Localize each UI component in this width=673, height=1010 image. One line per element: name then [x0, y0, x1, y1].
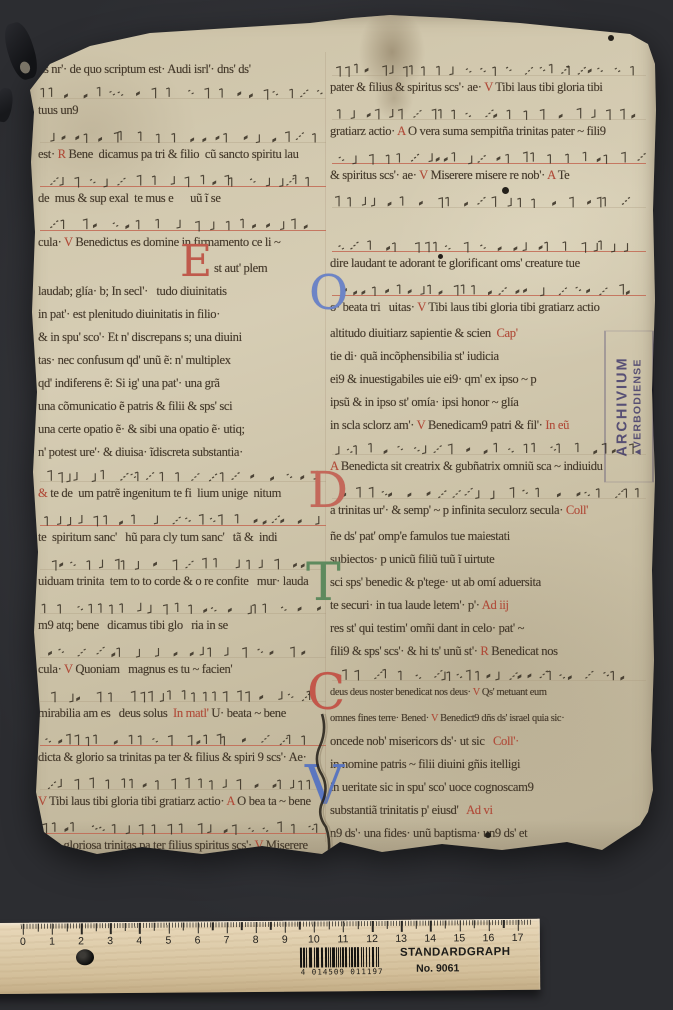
chant-line: [330, 195, 650, 236]
text-line: ds nr'· de quo scriptum est· Audi isrl'·…: [38, 60, 330, 83]
text-segment: pat' omñiũ q' sup oms' & p omía· & ĩ omí…: [330, 849, 534, 860]
manuscript-text: pater & filius & spiritus scs'· ae· V Ti…: [330, 78, 650, 97]
text-segment: in pat'· est plenitudo diuinitatis in fi…: [38, 307, 220, 321]
text-segment: cula·: [38, 235, 64, 249]
rubric-segment: V: [64, 662, 75, 676]
chant-line: dicta & glorio sa trinitas pa ter & fili…: [38, 733, 330, 774]
chant-line: dire laudant te adorant te glorificant o…: [330, 239, 650, 280]
chant-line: m9 atq; bene dicamus tibi glo ria in se: [38, 601, 330, 642]
ruler-cm-tick: [488, 920, 489, 931]
neume-notation: [38, 218, 330, 233]
manuscript-text: o· beata tri uitas· V Tibi laus tibi glo…: [330, 298, 650, 317]
ruler-number: 1: [42, 935, 62, 947]
rubric-segment: In matl': [173, 706, 209, 720]
neume-notation: [330, 283, 650, 298]
manuscript-text: pat' omñiũ q' sup oms' & p omía· & ĩ omí…: [330, 847, 650, 860]
ruler-number: 12: [362, 933, 382, 945]
text-segment: m9 atq; bene dicamus tibi glo ria in se: [38, 618, 228, 632]
ruler-half-tick: [241, 922, 242, 930]
neume-notation: [330, 63, 650, 78]
manuscript-text: mirabilia am es deus solus In matl' U· b…: [38, 704, 330, 723]
text-line: substantiã trinitatis p' eiusd' Ad vi: [330, 801, 650, 824]
neume-notation: [330, 239, 650, 254]
ruler-half-tick: [357, 921, 358, 929]
barcode-bar: [378, 947, 379, 967]
barcode-bar: [345, 947, 347, 967]
text-segment: tie di· quã incõphensibilia st' iudicia: [330, 349, 499, 363]
barcode-bar: [342, 947, 344, 967]
rubric-segment: V: [431, 713, 440, 724]
drop-cap-initial-E: E: [180, 244, 212, 280]
text-segment: fili9 & sps' scs'· & hi ts' unũ st'·: [330, 644, 480, 658]
manuscript-text: m9 atq; bene dicamus tibi glo ria in se: [38, 616, 330, 635]
neume-notation: [38, 777, 330, 792]
ruler-cm-tick: [517, 920, 518, 931]
text-segment: substantiã trinitatis p' eiusd': [330, 803, 466, 817]
text-line: sci sps' benedic & p'tege· ut ab omí adu…: [330, 573, 650, 596]
manuscript-text: tie di· quã incõphensibilia st' iudicia: [330, 347, 650, 366]
barcode-bar: [363, 947, 364, 967]
manuscript-text: ei9 & inuestigabiles uie ei9· qm' ex ips…: [330, 370, 650, 389]
text-segment: deus deus noster benedicat nos deus·: [330, 687, 473, 698]
chant-line: est· R Bene dicamus pa tri & filio cũ sa…: [38, 130, 330, 171]
text-line: ei9 & inuestigabiles uie ei9· qm' ex ips…: [330, 370, 650, 393]
manuscript-text: A Benedicta sit creatrix & gubñatrix omn…: [330, 457, 650, 476]
rubric-segment: A: [397, 124, 408, 138]
text-line: qd' indiferens ẽ: Si ig' una pat'· una g…: [38, 374, 330, 397]
text-segment: Benedicat nos: [491, 644, 557, 658]
text-line: n' potest ure'· & diuisa· ĩdiscreta subs…: [38, 443, 330, 466]
neume-notation: [38, 733, 330, 748]
manuscript-text: n' potest ure'· & diuisa· ĩdiscreta subs…: [38, 443, 330, 462]
barcode-bar: [330, 947, 331, 967]
text-segment: te spiritum sanc' hũ para cly tum sanc' …: [38, 530, 277, 544]
barcode-bar: [357, 947, 359, 967]
manuscript-text: tas· nec confusum qd' unũ ẽ: n' multiple…: [38, 351, 330, 370]
neume-notation: [330, 486, 650, 501]
ruler-half-tick: [503, 920, 504, 928]
text-segment: res st' qui testim' omñi dant in celo· p…: [330, 621, 524, 635]
text-segment: tuus un9: [38, 103, 78, 117]
manuscript-text: substantiã trinitatis p' eiusd' Ad vi: [330, 801, 650, 820]
text-segment: te securi· in tua laude letem'· p'·: [330, 598, 482, 612]
text-segment: ipsũ & in ipso st' omía· ipsi honor ~ gl…: [330, 395, 519, 409]
rubric-segment: Ad iij: [482, 598, 509, 612]
text-segment: uiduam trinita tem to to corde & o re co…: [38, 574, 308, 588]
neume-notation: [38, 557, 330, 572]
ruler-cm-tick: [52, 924, 53, 935]
text-line: oncede nob' misericors ds'· ut sic Coll'…: [330, 732, 650, 755]
ruler-cm-tick: [285, 922, 286, 933]
text-segment: Tibi laus tibi gloria tibi: [495, 80, 602, 94]
neume-notation: [330, 668, 650, 683]
chant-line: gratiarz actio· A O vera suma sempitña t…: [330, 107, 650, 148]
rubric-segment: V: [38, 794, 49, 808]
manuscript-text: dicta & glorio sa trinitas pa ter & fili…: [38, 748, 330, 767]
neume-notation: [38, 513, 330, 528]
ruler-half-tick: [66, 923, 67, 931]
neume-notation: [38, 645, 330, 660]
text-column-right: pater & filius & spiritus scs'· ae· V Ti…: [330, 60, 650, 860]
ruler-brand: STANDARDGRAPH: [400, 946, 530, 959]
manuscript-text: a trinitas ur'· & semp' ~ p infinita sec…: [330, 501, 650, 520]
text-segment: cula·: [38, 662, 64, 676]
manuscript-text: una cõmunicatio ẽ patris & filii & sps' …: [38, 397, 330, 416]
barcode-bar: [321, 947, 323, 967]
parchment-tear: [288, 712, 348, 857]
ruler-number: 16: [478, 932, 498, 944]
ruler-number: 9: [275, 934, 295, 946]
text-segment: in nomine patris ~ filii diuini gñis ite…: [330, 757, 520, 771]
text-segment: Qs' metuant eum: [482, 687, 547, 698]
text-segment: dicta gloriosa trinitas pa ter filius sp…: [38, 838, 254, 852]
text-segment: Benedictus es domine in firmamento ce li…: [75, 235, 280, 249]
worm-hole: [608, 35, 614, 41]
rubric-segment: V: [484, 80, 495, 94]
text-column-left: ds nr'· de quo scriptum est· Audi isrl'·…: [38, 60, 330, 860]
text-segment: pater & filius & spiritus scs'· ae·: [330, 80, 484, 94]
text-line: res st' qui testim' omñi dant in celo· p…: [330, 619, 650, 642]
manuscript-text: in nomine patris ~ filii diuini gñis ite…: [330, 755, 650, 774]
manuscript-text: & te de um patrẽ ingenitum te fi lium un…: [38, 484, 330, 503]
text-segment: qd' indiferens ẽ: Si ig' una pat'· una g…: [38, 376, 220, 390]
text-segment: oncede nob' misericors ds'· ut sic: [330, 734, 493, 748]
text-segment: U· beata ~ bene: [209, 706, 286, 720]
text-segment: Benedict9 dñs ds' israel quia sic·: [440, 713, 564, 724]
ruler-half-tick: [95, 923, 96, 931]
manuscript-text: sci sps' benedic & p'tege· ut ab omí adu…: [330, 573, 650, 592]
manuscript-text: gratiarz actio· A O vera suma sempitña t…: [330, 122, 650, 141]
text-segment: in scla sclorz am'·: [330, 418, 417, 432]
neume-notation: [330, 107, 650, 122]
rubric-segment: A: [547, 168, 558, 182]
manuscript-text: cula· V Quoniam magnus es tu ~ facien': [38, 660, 330, 679]
manuscript-text: una certe opatio ẽ· & sibi una opatio ẽ·…: [38, 420, 330, 439]
chant-line: de mus & sup exal te mus e uũ ĩ se: [38, 174, 330, 215]
manuscript-text: V Tibi laus tibi gloria tibi gratiarz ac…: [38, 792, 330, 811]
rubric-segment: V: [254, 838, 265, 852]
manuscript-text: deus deus noster benedicat nos deus· V Q…: [330, 683, 650, 702]
text-line: & in spu' sco'· Et n' discrepans s; una …: [38, 328, 330, 351]
ruler-half-tick: [154, 923, 155, 931]
manuscript-text: & in spu' sco'· Et n' discrepans s; una …: [38, 328, 330, 347]
rubric-segment: In eũ: [545, 418, 569, 432]
text-segment: n9 ds'· una fides· unũ baptisma· un9 ds'…: [330, 826, 527, 840]
manuscript-text: oncede nob' misericors ds'· ut sic Coll'…: [330, 732, 650, 751]
barcode-bar: [316, 947, 319, 967]
neume-notation: [38, 174, 330, 189]
text-segment: Tibi laus tibi gloria tibi gratiarz acti…: [428, 300, 599, 314]
neume-notation: [330, 195, 650, 210]
rubric-segment: &: [38, 486, 50, 500]
manuscript-page: ds nr'· de quo scriptum est· Audi isrl'·…: [22, 12, 662, 890]
drop-cap-initial-D: D: [308, 470, 348, 511]
text-line: fili9 & sps' scs'· & hi ts' unũ st'· R B…: [330, 642, 650, 665]
manuscript-text: omnes fines terre· Bened· V Benedict9 dñ…: [330, 709, 650, 728]
manuscript-text: dicta gloriosa trinitas pa ter filius sp…: [38, 836, 330, 855]
rubric-segment: Cap': [494, 326, 518, 340]
text-segment: Benedicam9 patri & fil'·: [428, 418, 545, 432]
drop-cap-initial-C: C: [307, 672, 345, 713]
text-segment: sci sps' benedic & p'tege· ut ab omí adu…: [330, 575, 541, 589]
barcode-bar: [361, 947, 362, 967]
text-segment: a trinitas ur'· & semp' ~ p infinita sec…: [330, 503, 566, 517]
manuscript-text: tuus un9: [38, 101, 330, 120]
neume-notation: [38, 130, 330, 145]
text-line: tie di· quã incõphensibilia st' iudicia: [330, 347, 650, 370]
text-line: in scla sclorz am'· V Benedicam9 patri &…: [330, 416, 650, 439]
text-segment: Tibi laus tibi gloria tibi gratiarz acti…: [49, 794, 226, 808]
text-segment: Te: [558, 168, 570, 182]
barcode-bar: [354, 947, 356, 967]
manuscript-text: uiduam trinita tem to to corde & o re co…: [38, 572, 330, 591]
barcode-bar: [372, 947, 374, 967]
ruler-cm-tick: [139, 923, 140, 934]
text-segment: mirabilia am es deus solus: [38, 706, 173, 720]
ruler-number: 2: [71, 935, 91, 947]
drop-cap-initial-O: O: [309, 274, 348, 313]
rubric-segment: Coll'·: [493, 734, 519, 748]
text-line: in pat'· est plenitudo diuinitatis in fi…: [38, 305, 330, 328]
ruler-cm-tick: [459, 920, 460, 931]
manuscript-text: dire laudant te adorant te glorificant o…: [330, 254, 650, 273]
manuscript-text: ds nr'· de quo scriptum est· Audi isrl'·…: [38, 60, 330, 79]
text-segment: dire laudant te adorant te glorificant o…: [330, 256, 580, 270]
manuscript-text: altitudo diuitiarz sapientie & scien Cap…: [330, 324, 650, 343]
text-line: subiectos· p unicũ filiũ tuũ ĩ uirtute: [330, 550, 650, 573]
barcode-bar: [336, 947, 337, 967]
ruler-cm-tick: [343, 921, 344, 932]
chant-line: A Benedicta sit creatrix & gubñatrix omn…: [330, 442, 650, 483]
text-segment: Benedicta sit creatrix & gubñatrix omniũ…: [341, 459, 603, 473]
text-line: ñe ds' pat' omp'e famulos tue maiestati: [330, 527, 650, 550]
ruler-number: 14: [420, 933, 440, 945]
manuscript-text: in pat'· est plenitudo diuinitatis in fi…: [38, 305, 330, 324]
neume-notation: [38, 469, 330, 484]
chant-line: o· beata tri uitas· V Tibi laus tibi glo…: [330, 283, 650, 324]
text-segment: altitudo diuitiarz sapientie & scien: [330, 326, 494, 340]
neume-notation: [38, 601, 330, 616]
barcode-bar: [332, 947, 335, 967]
ruler-half-tick: [37, 924, 38, 932]
barcode-bar: [349, 947, 350, 967]
text-segment: subiectos· p unicũ filiũ tuũ ĩ uirtute: [330, 552, 494, 566]
ruler-half-tick: [212, 922, 213, 930]
chant-line: te spiritum sanc' hũ para cly tum sanc' …: [38, 513, 330, 554]
ruler-model: No. 9061: [416, 962, 516, 975]
barcode-bar: [340, 947, 341, 967]
text-segment: dicta & glorio sa trinitas pa ter & fili…: [38, 750, 306, 764]
barcode-digits: 4 014509 011197: [296, 967, 388, 977]
ink-spot: [438, 254, 443, 259]
ruler-cm-tick: [372, 921, 373, 932]
text-segment: te de um patrẽ ingenitum te fi lium unig…: [50, 486, 281, 500]
barcode-bar: [306, 948, 307, 968]
text-segment: Bene dicamus pa tri & filio cũ sancto sp…: [68, 147, 298, 161]
ink-spot: [485, 832, 491, 838]
text-segment: de mus & sup exal te mus e uũ ĩ se: [38, 191, 221, 205]
text-segment: una certe opatio ẽ· & sibi una opatio ẽ·…: [38, 422, 245, 436]
ruler-half-tick: [125, 923, 126, 931]
ruler-half-tick: [445, 920, 446, 928]
barcode-bar: [300, 948, 302, 968]
chant-line: mirabilia am es deus solus In matl' U· b…: [38, 689, 330, 730]
barcode-bar: [325, 947, 327, 967]
ruler-cm-tick: [110, 923, 111, 934]
text-segment: & spiritus scs'· ae·: [330, 168, 419, 182]
ruler-number: 0: [13, 936, 33, 948]
chant-line: deus deus noster benedicat nos deus· V Q…: [330, 668, 650, 709]
barcode-bar: [369, 947, 370, 967]
ruler-half-tick: [386, 921, 387, 929]
chant-line: & te de um patrẽ ingenitum te fi lium un…: [38, 469, 330, 510]
barcode-bar: [328, 947, 329, 967]
text-segment: ei9 & inuestigabiles uie ei9· qm' ex ips…: [330, 372, 536, 386]
text-segment: & in spu' sco'· Et n' discrepans s; una …: [38, 330, 242, 344]
manuscript-text: res st' qui testim' omñi dant in celo· p…: [330, 619, 650, 638]
text-segment: una cõmunicatio ẽ patris & filii & sps' …: [38, 399, 232, 413]
chant-line: pater & filius & spiritus scs'· ae· V Ti…: [330, 63, 650, 104]
rubric-segment: R: [480, 644, 491, 658]
chant-line: cula· V Quoniam magnus es tu ~ facien': [38, 645, 330, 686]
ruler-number: 15: [449, 932, 469, 944]
rubric-segment: V: [417, 418, 428, 432]
archive-stamp: ARCHIVIUM ▴VERBODIENSE: [605, 331, 654, 483]
neume-notation: [38, 86, 330, 101]
ruler-cm-tick: [401, 921, 402, 932]
ruler: 4 014509 011197 STANDARDGRAPH No. 9061 0…: [0, 919, 540, 995]
text-line: pat' omñiũ q' sup oms' & p omía· & ĩ omí…: [330, 847, 650, 860]
ruler-cm-tick: [197, 922, 198, 933]
rubric-segment: V: [419, 168, 430, 182]
text-segment: st aut' plem: [214, 261, 267, 275]
ruler-number: 4: [129, 935, 149, 947]
chant-line: tuus un9: [38, 86, 330, 127]
manuscript-text: ipsũ & in ipso st' omía· ipsi honor ~ gl…: [330, 393, 650, 412]
text-segment: ds nr'· de quo scriptum est· Audi isrl'·…: [38, 62, 251, 76]
chant-line: V Tibi laus tibi gloria tibi gratiarz ac…: [38, 777, 330, 818]
barcode-bar: [303, 948, 305, 968]
text-segment: est·: [38, 147, 58, 161]
text-segment: tas· nec confusum qd' unũ ẽ: n' multiple…: [38, 353, 231, 367]
rubric-segment: V: [473, 687, 482, 698]
ruler-cm-tick: [226, 922, 227, 933]
ruler-cm-tick: [256, 922, 257, 933]
ruler-cm-tick: [81, 923, 82, 934]
ruler-barcode: 4 014509 011197: [296, 947, 388, 978]
ruler-cm-tick: [23, 924, 24, 935]
barcode-bar: [338, 947, 339, 967]
text-segment: Miserere misere re nob'·: [430, 168, 547, 182]
ruler-number: 6: [187, 934, 207, 946]
manuscript-text: subiectos· p unicũ filiũ tuũ ĩ uirtute: [330, 550, 650, 569]
ruler-number: 17: [508, 932, 528, 944]
chant-line: uiduam trinita tem to to corde & o re co…: [38, 557, 330, 598]
barcode-bars: [300, 947, 384, 968]
text-line: tas· nec confusum qd' unũ ẽ: n' multiple…: [38, 351, 330, 374]
archive-stamp-line1: ARCHIVIUM: [615, 356, 631, 456]
ruler-half-tick: [416, 921, 417, 929]
chant-line: & spiritus scs'· ae· V Miserere misere r…: [330, 151, 650, 192]
manuscript-text: qd' indiferens ẽ: Si ig' una pat'· una g…: [38, 374, 330, 393]
rubric-segment: V: [64, 235, 75, 249]
text-line: in ueritate sic in spu' sco' uoce cognos…: [330, 778, 650, 801]
text-segment: in ueritate sic in spu' sco' uoce cognos…: [330, 780, 534, 794]
rubric-segment: A: [226, 794, 237, 808]
chant-line: dicta gloriosa trinitas pa ter filius sp…: [38, 821, 330, 860]
text-line: altitudo diuitiarz sapientie & scien Cap…: [330, 324, 650, 347]
parchment-wrapper: ds nr'· de quo scriptum est· Audi isrl'·…: [0, 0, 673, 1010]
rubric-segment: Ad vi: [466, 803, 493, 817]
ink-spot: [502, 187, 509, 194]
barcode-bar: [309, 948, 312, 968]
ruler-half-tick: [270, 922, 271, 930]
manuscript-text: in ueritate sic in spu' sco' uoce cognos…: [330, 778, 650, 797]
ruler-half-tick: [299, 922, 300, 930]
photo-canvas: ds nr'· de quo scriptum est· Audi isrl'·…: [0, 0, 673, 1010]
manuscript-text: de mus & sup exal te mus e uũ ĩ se: [38, 189, 330, 208]
ruler-cm-tick: [168, 923, 169, 934]
rubric-segment: V: [417, 300, 428, 314]
ruler-number: 13: [391, 933, 411, 945]
neume-notation: [38, 821, 330, 836]
text-line: ipsũ & in ipso st' omía· ipsi honor ~ gl…: [330, 393, 650, 416]
ruler-number: 10: [304, 933, 324, 945]
manuscript-text: te securi· in tua laude letem'· p'· Ad i…: [330, 596, 650, 615]
manuscript-text: te spiritum sanc' hũ para cly tum sanc' …: [38, 528, 330, 547]
ruler-half-tick: [328, 921, 329, 929]
barcode-bar: [366, 947, 367, 967]
barcode-bar: [314, 948, 315, 968]
ruler-number: 3: [100, 935, 120, 947]
neume-notation: [38, 689, 330, 704]
text-line: una cõmunicatio ẽ patris & filii & sps' …: [38, 397, 330, 420]
text-line: omnes fines terre· Bened· V Benedict9 dñ…: [330, 709, 650, 732]
barcode-bar: [351, 947, 353, 967]
ruler-half-tick: [183, 923, 184, 931]
ruler-number: 11: [333, 933, 353, 945]
manuscript-text: ñe ds' pat' omp'e famulos tue maiestati: [330, 527, 650, 546]
drop-cap-initial-T: T: [306, 562, 341, 605]
chant-line: a trinitas ur'· & semp' ~ p infinita sec…: [330, 486, 650, 527]
ruler-cm-tick: [430, 921, 431, 932]
ruler-number: 5: [158, 935, 178, 947]
text-line: te securi· in tua laude letem'· p'· Ad i…: [330, 596, 650, 619]
manuscript-text: est· R Bene dicamus pa tri & filio cũ sa…: [38, 145, 330, 164]
archive-stamp-line2: ▴VERBODIENSE: [632, 358, 644, 454]
ruler-number: 8: [246, 934, 266, 946]
text-segment: O vera suma sempitña trinitas pater ~ fi…: [408, 124, 606, 138]
text-line: una certe opatio ẽ· & sibi una opatio ẽ·…: [38, 420, 330, 443]
manuscript-text: & spiritus scs'· ae· V Miserere misere r…: [330, 166, 650, 185]
rubric-segment: Coll': [566, 503, 588, 517]
barcode-bar: [376, 947, 377, 967]
text-segment: n' potest ure'· & diuisa· ĩdiscreta subs…: [38, 445, 243, 459]
manuscript-text: in scla sclorz am'· V Benedicam9 patri &…: [330, 416, 650, 435]
text-line: in nomine patris ~ filii diuini gñis ite…: [330, 755, 650, 778]
manuscript-text: fili9 & sps' scs'· & hi ts' unũ st'· R B…: [330, 642, 650, 661]
neume-notation: [330, 151, 650, 166]
text-segment: Quoniam magnus es tu ~ facien': [75, 662, 232, 676]
neume-notation: [330, 442, 650, 457]
text-segment: ñe ds' pat' omp'e famulos tue maiestati: [330, 529, 510, 543]
text-segment: gratiarz actio·: [330, 124, 397, 138]
ruler-cm-tick: [314, 922, 315, 933]
ruler-hole: [76, 949, 94, 965]
rubric-segment: R: [58, 147, 69, 161]
ruler-half-tick: [474, 920, 475, 928]
ruler-number: 7: [217, 934, 237, 946]
